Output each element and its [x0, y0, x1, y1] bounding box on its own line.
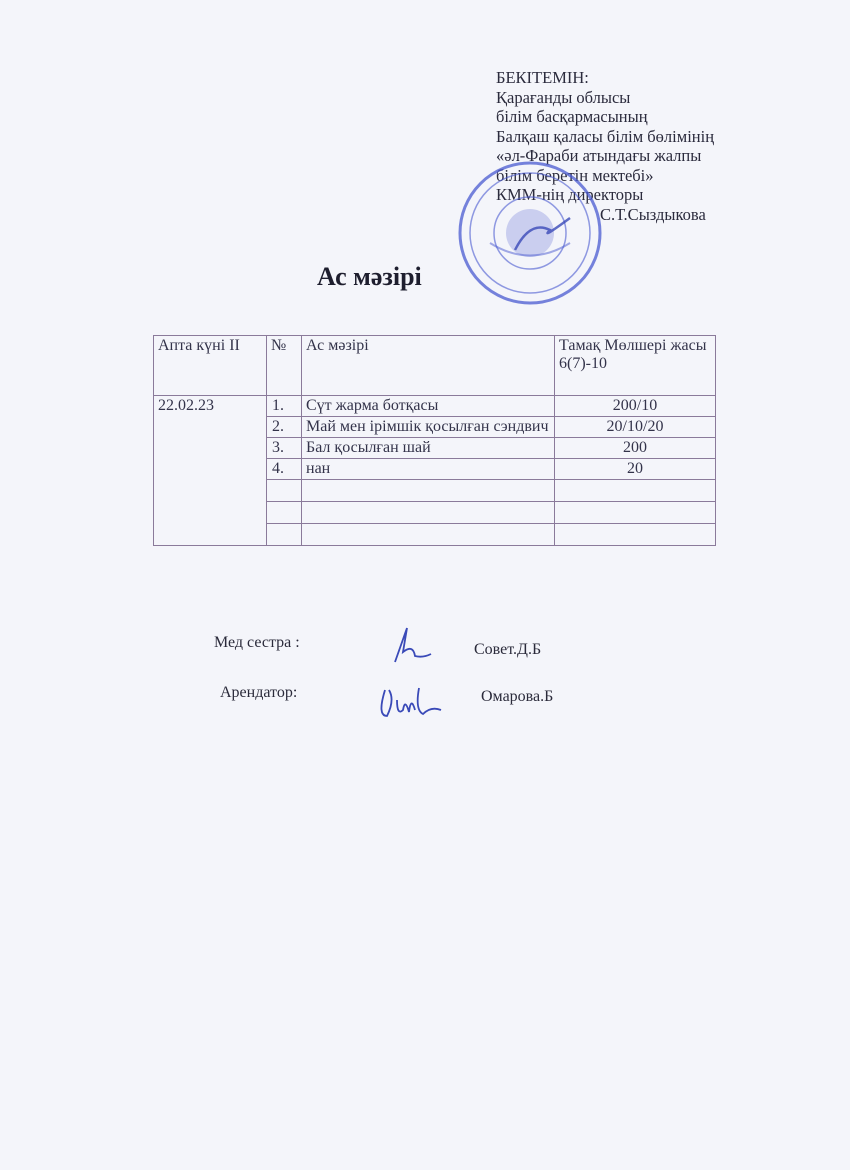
- approval-line: Балқаш қаласы білім бөлімінің: [496, 127, 714, 147]
- approval-heading: БЕКІТЕМІН:: [496, 68, 714, 88]
- row-number: 1.: [267, 396, 302, 417]
- header-day: Апта күні II: [154, 336, 267, 396]
- portion-amount: 20/10/20: [555, 417, 716, 438]
- tenant-signature-icon: [375, 680, 445, 724]
- nurse-name: Совет.Д.Б: [474, 641, 541, 659]
- date-cell: 22.02.23: [154, 396, 267, 546]
- tenant-name: Омарова.Б: [481, 688, 553, 706]
- nurse-role-label: Мед сестра :: [214, 634, 300, 652]
- official-stamp-icon: [455, 158, 605, 308]
- portion-amount: 200/10: [555, 396, 716, 417]
- page-title: Ас мәзірі: [317, 262, 422, 292]
- row-number: 3.: [267, 438, 302, 459]
- row-number: 4.: [267, 459, 302, 480]
- dish-name: нан: [302, 459, 555, 480]
- table-row: 22.02.23 1. Сүт жарма ботқасы 200/10: [154, 396, 716, 417]
- header-menu: Ас мәзірі: [302, 336, 555, 396]
- dish-name: Бал қосылған шай: [302, 438, 555, 459]
- dish-name: Сүт жарма ботқасы: [302, 396, 555, 417]
- table-header-row: Апта күні II № Ас мәзірі Тамақ Мөлшері ж…: [154, 336, 716, 396]
- portion-amount: 200: [555, 438, 716, 459]
- header-portion: Тамақ Мөлшері жасы 6(7)-10: [555, 336, 716, 396]
- approval-line: Қарағанды облысы: [496, 88, 714, 108]
- menu-table: Апта күні II № Ас мәзірі Тамақ Мөлшері ж…: [153, 335, 716, 546]
- row-number: 2.: [267, 417, 302, 438]
- portion-amount: 20: [555, 459, 716, 480]
- header-number: №: [267, 336, 302, 396]
- tenant-role-label: Арендатор:: [220, 684, 297, 702]
- dish-name: Май мен ірімшік қосылған сэндвич: [302, 417, 555, 438]
- nurse-signature-icon: [385, 622, 435, 666]
- approval-line: білім басқармасының: [496, 107, 714, 127]
